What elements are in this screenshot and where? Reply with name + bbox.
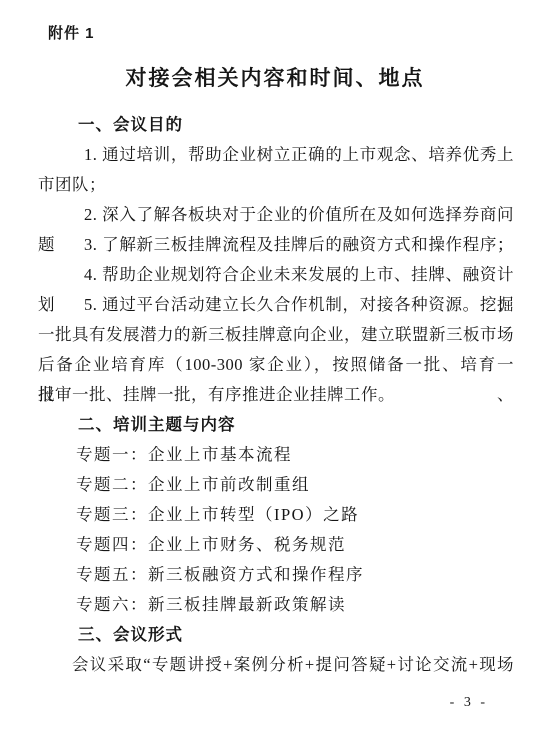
section-heading-meeting-purpose: 一、会议目的	[38, 110, 514, 140]
body-line: 市团队；	[38, 170, 514, 200]
scanned-document-page: 附件 1 对接会相关内容和时间、地点 一、会议目的 1. 通过培训，帮助企业树立…	[0, 0, 550, 733]
section-heading-training-topics: 二、培训主题与内容	[38, 410, 514, 440]
section-heading-meeting-format: 三、会议形式	[38, 620, 514, 650]
attachment-label: 附件 1	[48, 22, 95, 43]
body-line: 一批具有发展潜力的新三板挂牌意向企业，建立联盟新三板市场	[38, 320, 514, 350]
body-line: 3. 了解新三板挂牌流程及挂牌后的融资方式和操作程序；	[38, 230, 514, 260]
document-body: 一、会议目的 1. 通过培训，帮助企业树立正确的上市观念、培养优秀上 市团队； …	[38, 110, 514, 680]
body-line: 1. 通过培训，帮助企业树立正确的上市观念、培养优秀上	[38, 140, 514, 170]
topic-line-6: 专题六：新三板挂牌最新政策解读	[38, 590, 514, 620]
body-line: 4. 帮助企业规划符合企业未来发展的上市、挂牌、融资计划；	[38, 260, 514, 290]
body-line: 会议采取“专题讲授+案例分析+提问答疑+讨论交流+现场	[38, 650, 514, 680]
body-line: 后备企业培育库（100-300 家企业），按照储备一批、培育一批、	[38, 350, 514, 380]
topic-line-1: 专题一：企业上市基本流程	[38, 440, 514, 470]
topic-line-4: 专题四：企业上市财务、税务规范	[38, 530, 514, 560]
topic-line-2: 专题二：企业上市前改制重组	[38, 470, 514, 500]
topic-line-5: 专题五：新三板融资方式和操作程序	[38, 560, 514, 590]
body-line: 5. 通过平台活动建立长久合作机制，对接各种资源。挖掘	[38, 290, 514, 320]
topic-line-3: 专题三：企业上市转型（IPO）之路	[38, 500, 514, 530]
page-title: 对接会相关内容和时间、地点	[0, 62, 550, 92]
page-number: - 3 -	[450, 695, 488, 711]
body-line: 2. 深入了解各板块对于企业的价值所在及如何选择券商问题；	[38, 200, 514, 230]
